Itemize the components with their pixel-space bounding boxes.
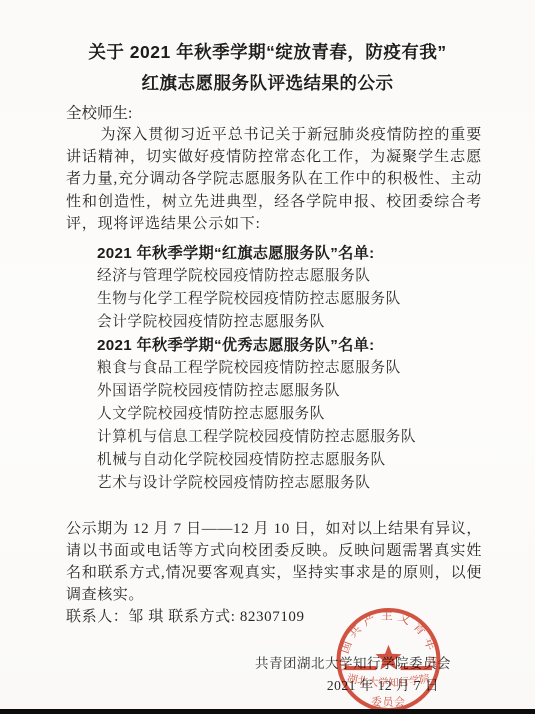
closing-block: 公示期为 12 月 7 日——12 月 10 日，如对以上结果有异议，请以书面或… — [66, 518, 482, 628]
signature-line: 共青团湖北大学知行学院委员会 — [255, 653, 451, 675]
list-item: 计算机与信息工程学院校园疫情防控志愿服务队 — [97, 426, 497, 449]
salutation: 全校师生: — [66, 101, 132, 123]
list-item: 生物与化学工程学院校园疫情防控志愿服务队 — [97, 288, 497, 311]
title-line-1: 关于 2021 年秋季学期“绽放青春，防疫有我” — [0, 37, 535, 68]
award-lists: 2021 年秋季学期“红旗志愿服务队”名单: 经济与管理学院校园疫情防控志愿服务… — [97, 242, 497, 495]
document-page: 关于 2021 年秋季学期“绽放青春，防疫有我” 红旗志愿服务队评选结果的公示 … — [0, 0, 535, 714]
list-item: 人文学院校园疫情防控志愿服务队 — [97, 403, 497, 426]
intro-paragraph: 为深入贯彻习近平总书记关于新冠肺炎疫情防控的重要讲话精神，切实做好疫情防控常态化… — [66, 124, 482, 235]
date-line: 2021 年 12 月 7 日 — [255, 675, 439, 697]
seal-committee-text: 委员会 — [371, 695, 406, 708]
list-item: 粮食与食品工程学院校园疫情防控志愿服务队 — [97, 357, 497, 380]
list-item: 经济与管理学院校园疫情防控志愿服务队 — [97, 265, 497, 288]
contact-line: 联系人：邹 琪 联系方式: 82307109 — [66, 606, 482, 628]
list-item: 会计学院校园疫情防控志愿服务队 — [97, 311, 497, 334]
closing-paragraph: 公示期为 12 月 7 日——12 月 10 日，如对以上结果有异议，请以书面或… — [66, 518, 482, 606]
list-item: 机械与自动化学院校园疫情防控志愿服务队 — [97, 449, 497, 472]
list-item: 外国语学院校园疫情防控志愿服务队 — [97, 380, 497, 403]
list-item: 艺术与设计学院校园疫情防控志愿服务队 — [97, 472, 497, 495]
section-heading-excellent: 2021 年秋季学期“优秀志愿服务队”名单: — [97, 334, 497, 357]
signature-block: 共青团湖北大学知行学院委员会 2021 年 12 月 7 日 — [255, 653, 451, 697]
document-title: 关于 2021 年秋季学期“绽放青春，防疫有我” 红旗志愿服务队评选结果的公示 — [0, 37, 535, 99]
scan-bottom-edge — [0, 709, 535, 714]
section-heading-red-flag: 2021 年秋季学期“红旗志愿服务队”名单: — [97, 242, 497, 265]
title-line-2: 红旗志愿服务队评选结果的公示 — [0, 68, 535, 99]
